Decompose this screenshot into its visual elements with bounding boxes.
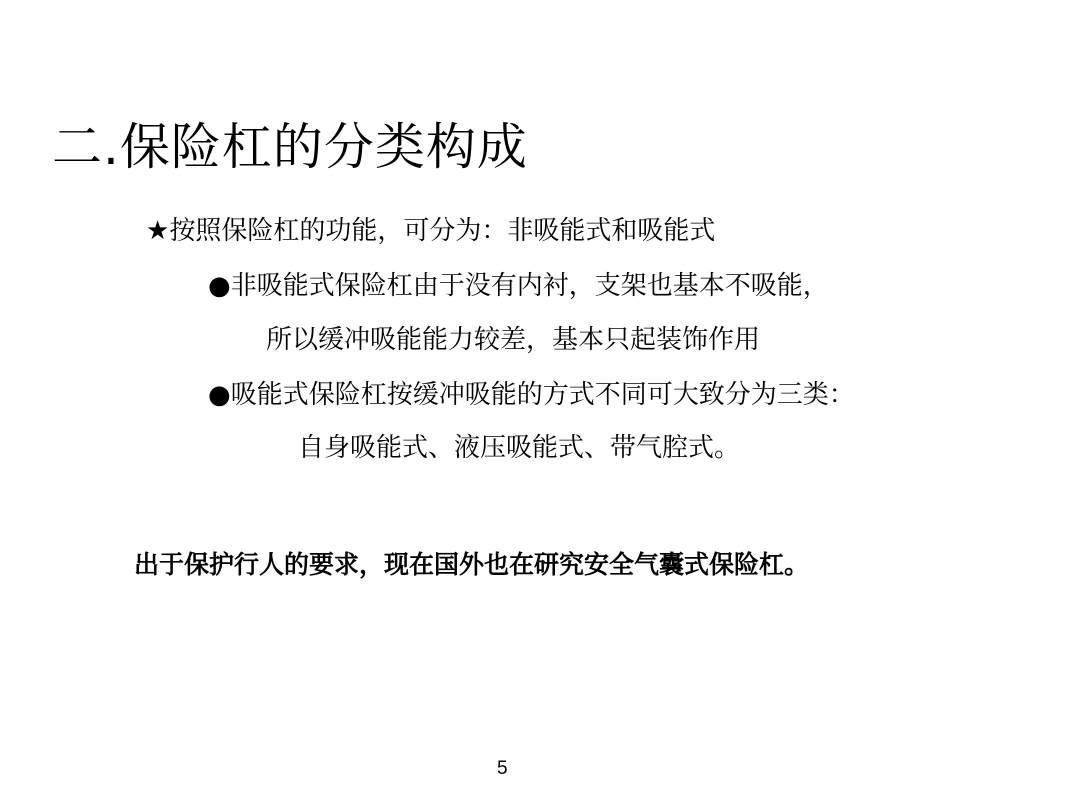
bullet-dot-icon: ● xyxy=(208,268,231,304)
bullet-dot-icon: ● xyxy=(208,377,231,413)
bullet-line-non-absorbing: ●非吸能式保险杠由于没有内衬，支架也基本不吸能， xyxy=(208,268,829,304)
line-text: 按照保险杠的功能，可分为：非吸能式和吸能式 xyxy=(169,216,715,246)
slide-title: 二.保险杠的分类构成 xyxy=(52,112,528,182)
continuation-line-absorbing: 自身吸能式、液压吸能式、带气腔式。 xyxy=(298,430,740,466)
bullet-line-absorbing: ●吸能式保险杠按缓冲吸能的方式不同可大致分为三类： xyxy=(208,377,855,413)
pedestrian-protection-note: 出于保护行人的要求，现在国外也在研究安全气囊式保险杠。 xyxy=(134,547,809,583)
line-text: 吸能式保险杠按缓冲吸能的方式不同可大致分为三类： xyxy=(231,380,855,410)
continuation-line-non-absorbing: 所以缓冲吸能能力较差，基本只起装饰作用 xyxy=(266,322,760,358)
line-text: 所以缓冲吸能能力较差，基本只起装饰作用 xyxy=(266,325,760,355)
bullet-line-function-classification: ★按照保险杠的功能，可分为：非吸能式和吸能式 xyxy=(146,213,715,249)
page-number: 5 xyxy=(497,757,508,781)
line-text: 非吸能式保险杠由于没有内衬，支架也基本不吸能， xyxy=(231,271,829,301)
slide: 二.保险杠的分类构成 ★按照保险杠的功能，可分为：非吸能式和吸能式 ●非吸能式保… xyxy=(0,0,1076,807)
star-icon: ★ xyxy=(146,213,169,249)
line-text: 自身吸能式、液压吸能式、带气腔式。 xyxy=(298,433,740,463)
